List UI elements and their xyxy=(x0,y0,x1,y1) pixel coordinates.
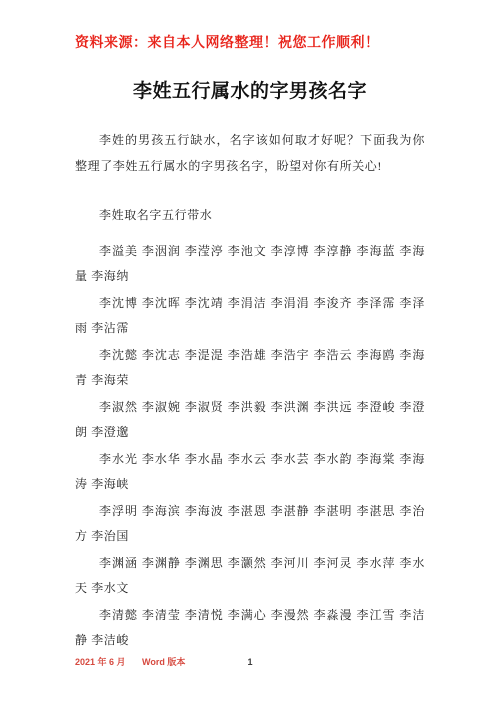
page-number: 1 xyxy=(247,655,252,669)
name-group: 李渊涵 李渊静 李渊思 李灏然 李河川 李河灵 李水萍 李水天 李水文 xyxy=(75,551,425,601)
document-content: 资料来源：来自本人网络整理！祝您工作顺利！ 李姓五行属水的字男孩名字 李姓的男孩… xyxy=(75,0,425,669)
name-group: 李溢美 李洇润 李滢渟 李池文 李淳博 李淳静 李海蓝 李海量 李海纳 xyxy=(75,239,425,289)
source-note: 资料来源：来自本人网络整理！祝您工作顺利！ xyxy=(75,0,425,51)
document-page: 资料来源：来自本人网络整理！祝您工作顺利！ 李姓五行属水的字男孩名字 李姓的男孩… xyxy=(0,0,500,708)
footer-meta: 2021 年 6 月 Word 版本 xyxy=(75,655,185,669)
name-group: 李沈懿 李沈志 李湜湜 李浩雄 李浩宇 李浩云 李海鸥 李海青 李海荣 xyxy=(75,343,425,393)
intro-paragraph: 李姓的男孩五行缺水，名字该如何取才好呢？下面我为你整理了李姓五行属水的字男孩名字… xyxy=(75,127,425,179)
name-group: 李淑然 李淑婉 李淑贤 李洪毅 李洪渊 李洪远 李澄峻 李澄朗 李澄邈 xyxy=(75,395,425,445)
name-group: 李浮明 李海滨 李海波 李湛恩 李湛静 李湛明 李湛思 李治方 李治国 xyxy=(75,499,425,549)
footer-doc-type: Word 版本 xyxy=(142,657,185,667)
section-heading: 李姓取名字五行带水 xyxy=(75,205,425,225)
doc-title: 李姓五行属水的字男孩名字 xyxy=(75,79,425,105)
name-group: 李清懿 李清莹 李清悦 李满心 李漫然 李淼漫 李江雪 李洁静 李洁峻 xyxy=(75,603,425,653)
name-group: 李沈博 李沈晖 李沈靖 李涓洁 李涓涓 李浚齐 李泽霈 李泽雨 李沾霈 xyxy=(75,291,425,341)
footer-date: 2021 年 6 月 xyxy=(75,657,126,667)
name-group: 李水光 李水华 李水晶 李水云 李水芸 李水韵 李海棠 李海涛 李海峡 xyxy=(75,447,425,497)
page-footer: 2021 年 6 月 Word 版本 1 xyxy=(75,655,425,669)
